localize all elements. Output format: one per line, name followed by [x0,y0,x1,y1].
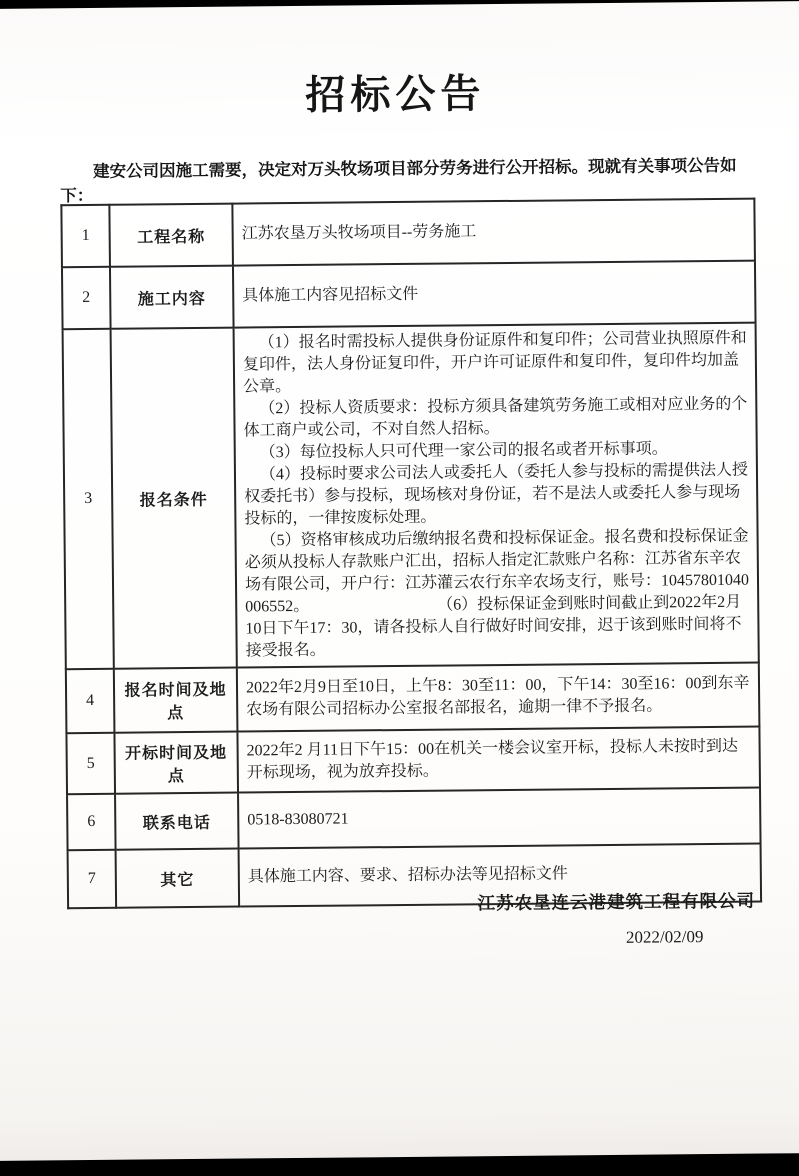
table-row: 1 工程名称 江苏农垦万头牧场项目--劳务施工 [61,199,755,268]
table-row: 4 报名时间及地点 2022年2月9日至10日，上午8：30至11：00，下午1… [66,663,760,734]
table-row: 5 开标时间及地点 2022年2 月11日下午15：00在机关一楼会议室开标，投… [66,727,760,795]
table-row: 3 报名条件 （1）报名时需投标人提供身份证原件和复印件；公司营业执照原件和复印… [63,323,759,670]
row-label: 施工内容 [110,266,234,329]
row-content: 2022年2月9日至10日，上午8：30至11：00，下午14：30至16：00… [237,663,760,732]
table-row: 6 联系电话 0518-83080721 [67,788,761,851]
row-number: 7 [68,850,117,908]
condition-item-1: （1）报名时需投标人提供身份证原件和复印件；公司营业执照原件和复印件，法人身份证… [243,328,748,399]
condition-item-2: （2）投标人资质要求：投标方须具备建筑劳务施工或相对应业务的个体工商户或公司，不… [243,394,747,443]
condition-item-6: （6）投标保证金到账时间截止到2022年2月10日下午17：30，请各投标人自行… [245,594,741,660]
row-label: 其它 [116,849,240,908]
row-content: 2022年2 月11日下午15：00在机关一楼会议室开标，投标人未按时到达开标现… [237,727,760,793]
row-label: 开标时间及地点 [114,732,238,794]
inline-gap [309,610,437,611]
row-content: 具体施工内容见招标文件 [233,261,756,328]
table-row: 2 施工内容 具体施工内容见招标文件 [62,261,756,330]
row-label: 联系电话 [115,793,239,850]
scan-background: 招标公告 建安公司因施工需要，决定对万头牧场项目部分劳务进行公开招标。现就有关事… [0,0,799,1176]
tender-info-table: 1 工程名称 江苏农垦万头牧场项目--劳务施工 2 施工内容 具体施工内容见招标… [60,198,762,910]
row-content: 江苏农垦万头牧场项目--劳务施工 [232,199,755,266]
paper-sheet: 招标公告 建安公司因施工需要，决定对万头牧场项目部分劳务进行公开招标。现就有关事… [0,1,799,1161]
issuer-signature: 江苏农垦连云港建筑工程有限公司 [477,888,755,916]
row-content: （1）报名时需投标人提供身份证原件和复印件；公司营业执照原件和复印件，法人身份证… [234,323,759,668]
row-label: 报名条件 [111,328,237,669]
document-date: 2022/02/09 [626,927,704,948]
row-number: 3 [63,329,114,669]
condition-item-4: （4）投标时要求公司法人或委托人（委托人参与投标的需提供法人授权委托书）参与投标… [244,460,749,531]
condition-item-5-6: （5）资格审核成功后缴纳报名费和投标保证金。报名费和投标保证金必须从投标人存款账… [245,526,750,663]
row-number: 5 [66,733,115,794]
row-number: 2 [62,267,111,329]
row-content: 0518-83080721 [238,788,761,849]
row-label: 工程名称 [109,204,233,267]
row-number: 6 [67,794,116,850]
row-number: 1 [61,205,110,267]
row-number: 4 [66,669,115,733]
row-label: 报名时间及地点 [114,668,238,733]
document-title: 招标公告 [0,59,799,124]
